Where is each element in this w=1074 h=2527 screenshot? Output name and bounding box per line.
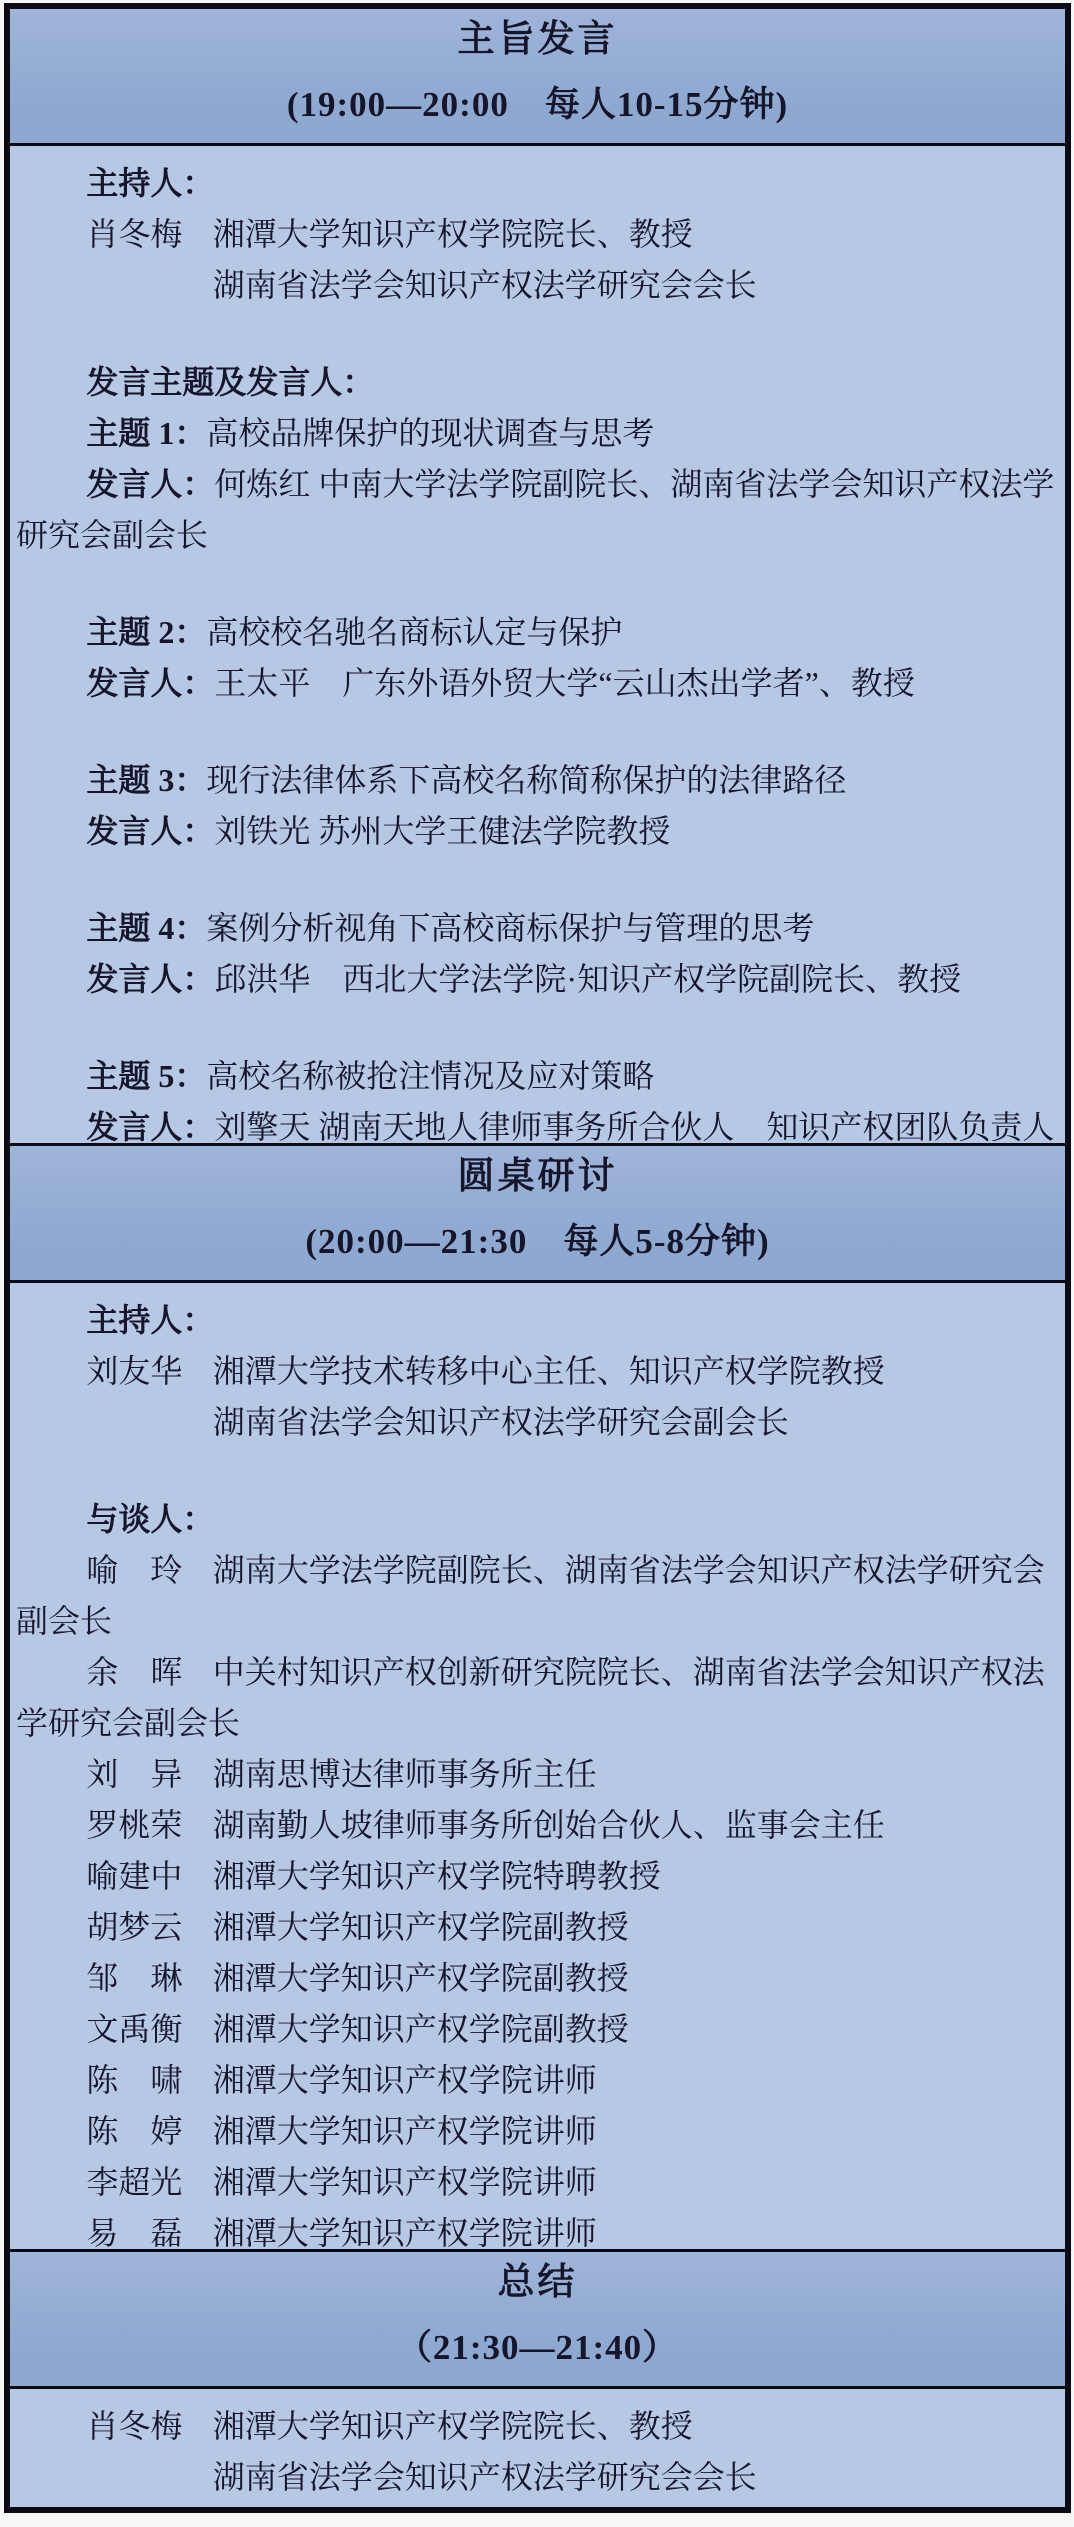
speaker-label: 发言人： <box>86 1109 214 1143</box>
person-name: 刘 异 <box>86 1756 182 1792</box>
person-name: 易 磊 <box>86 2215 182 2249</box>
person-row: 李超光湘潭大学知识产权学院讲师 <box>16 2157 1057 2208</box>
person-row: 刘友华湘潭大学技术转移中心主任、知识产权学院教授 <box>16 1346 1057 1397</box>
person-title-continued: 湖南省法学会知识产权法学研究会会长 <box>213 267 757 303</box>
person-name: 喻建中 <box>86 1858 182 1894</box>
person-title: 湘潭大学知识产权学院讲师 <box>213 2062 597 2098</box>
topic-label: 主题 2： <box>86 614 206 650</box>
section-header: 圆桌研讨(20:00—21:30 每人5-8分钟) <box>10 1143 1065 1283</box>
speaker-label: 发言人： <box>86 813 214 849</box>
person-row: 余 晖中关村知识产权创新研究院院长、湖南省法学会知识产权法学研究会副会长 <box>16 1647 1057 1749</box>
speaker-text: 王太平 广东外语外贸大学“云山杰出学者”、教授 <box>214 665 914 701</box>
person-title: 湘潭大学知识产权学院院长、教授 <box>213 216 693 252</box>
section-header: 主旨发言(19:00—20:00 每人10-15分钟) <box>10 9 1065 146</box>
person-row: 胡梦云湘潭大学知识产权学院副教授 <box>16 1902 1057 1953</box>
cont-row: 湖南省法学会知识产权法学研究会会长 <box>16 260 1057 311</box>
section-title: 圆桌研讨 <box>10 1154 1065 1200</box>
person-name: 邹 琳 <box>86 1960 182 1996</box>
person-row: 邹 琳湘潭大学知识产权学院副教授 <box>16 1953 1057 2004</box>
speaker-row: 发言人：刘铁光 苏州大学王健法学院教授 <box>16 806 1057 857</box>
speaker-label: 发言人： <box>86 466 214 502</box>
topic-row: 主题 3：现行法律体系下高校名称简称保护的法律路径 <box>16 755 1057 806</box>
person-title: 湖南勤人坡律师事务所创始合伙人、监事会主任 <box>213 1807 885 1843</box>
speaker-text: 刘擎天 湖南天地人律师事务所合伙人 知识产权团队负责人 <box>214 1109 1054 1143</box>
section-body: 主持人：肖冬梅湘潭大学知识产权学院院长、教授湖南省法学会知识产权法学研究会会长发… <box>10 146 1065 1143</box>
speaker-row: 发言人：王太平 广东外语外贸大学“云山杰出学者”、教授 <box>16 658 1057 709</box>
person-row: 肖冬梅湘潭大学知识产权学院院长、教授 <box>16 209 1057 260</box>
person-row: 喻建中湘潭大学知识产权学院特聘教授 <box>16 1851 1057 1902</box>
person-title: 湘潭大学技术转移中心主任、知识产权学院教授 <box>213 1353 885 1389</box>
cont-row: 湖南省法学会知识产权法学研究会会长 <box>16 2452 1057 2503</box>
speaker-label: 发言人： <box>86 961 214 997</box>
topic-label: 主题 3： <box>86 762 206 798</box>
person-name: 刘友华 <box>86 1353 182 1389</box>
topic-text: 高校校名驰名商标认定与保护 <box>206 614 622 650</box>
person-name: 陈 啸 <box>86 2062 182 2098</box>
person-name: 胡梦云 <box>86 1909 182 1945</box>
cont-row: 湖南省法学会知识产权法学研究会副会长 <box>16 1397 1057 1448</box>
topic-text: 高校品牌保护的现状调查与思考 <box>206 415 654 451</box>
section-time: （21:30—21:40） <box>10 2326 1065 2370</box>
label-row: 主持人： <box>16 158 1057 209</box>
agenda-table: 主旨发言(19:00—20:00 每人10-15分钟)主持人：肖冬梅湘潭大学知识… <box>4 3 1071 2513</box>
person-title: 湘潭大学知识产权学院院长、教授 <box>213 2408 693 2444</box>
topic-text: 案例分析视角下高校商标保护与管理的思考 <box>206 910 814 946</box>
person-row: 喻 玲湖南大学法学院副院长、湖南省法学会知识产权法学研究会副会长 <box>16 1545 1057 1647</box>
topic-row: 主题 1：高校品牌保护的现状调查与思考 <box>16 408 1057 459</box>
section-title: 主旨发言 <box>10 17 1065 63</box>
agenda-page: 主旨发言(19:00—20:00 每人10-15分钟)主持人：肖冬梅湘潭大学知识… <box>0 0 1074 2527</box>
person-name: 喻 玲 <box>86 1552 182 1588</box>
topic-label: 主题 5： <box>86 1058 206 1094</box>
topic-row: 主题 4：案例分析视角下高校商标保护与管理的思考 <box>16 903 1057 954</box>
speaker-row: 发言人：何炼红 中南大学法学院副院长、湖南省法学会知识产权法学研究会副会长 <box>16 459 1057 561</box>
role-label: 主持人： <box>86 1302 214 1338</box>
person-title: 湖南思博达律师事务所主任 <box>213 1756 597 1792</box>
person-row: 陈 啸湘潭大学知识产权学院讲师 <box>16 2055 1057 2106</box>
label-row: 发言主题及发言人： <box>16 357 1057 408</box>
person-name: 文禹衡 <box>86 2011 182 2047</box>
person-name: 肖冬梅 <box>86 2408 182 2444</box>
person-name: 余 晖 <box>86 1654 182 1690</box>
topic-text: 现行法律体系下高校名称简称保护的法律路径 <box>206 762 846 798</box>
person-title: 湘潭大学知识产权学院副教授 <box>213 1909 629 1945</box>
label-row: 与谈人： <box>16 1494 1057 1545</box>
person-name: 罗桃荣 <box>86 1807 182 1843</box>
person-row: 陈 婷湘潭大学知识产权学院讲师 <box>16 2106 1057 2157</box>
speaker-text: 刘铁光 苏州大学王健法学院教授 <box>214 813 670 849</box>
person-row: 罗桃荣湖南勤人坡律师事务所创始合伙人、监事会主任 <box>16 1800 1057 1851</box>
person-title: 湘潭大学知识产权学院特聘教授 <box>213 1858 661 1894</box>
section-time: (20:00—21:30 每人5-8分钟) <box>10 1220 1065 1264</box>
topic-text: 高校名称被抢注情况及应对策略 <box>206 1058 654 1094</box>
section-title: 总结 <box>10 2260 1065 2306</box>
topic-row: 主题 5：高校名称被抢注情况及应对策略 <box>16 1051 1057 1102</box>
speaker-row: 发言人：邱洪华 西北大学法学院·知识产权学院副院长、教授 <box>16 954 1057 1005</box>
speaker-text: 邱洪华 西北大学法学院·知识产权学院副院长、教授 <box>214 961 961 997</box>
person-row: 文禹衡湘潭大学知识产权学院副教授 <box>16 2004 1057 2055</box>
topic-row: 主题 2：高校校名驰名商标认定与保护 <box>16 607 1057 658</box>
topic-label: 主题 4： <box>86 910 206 946</box>
person-name: 肖冬梅 <box>86 216 182 252</box>
section-header: 总结（21:30—21:40） <box>10 2249 1065 2389</box>
person-title-continued: 湖南省法学会知识产权法学研究会会长 <box>213 2459 757 2495</box>
person-title: 湘潭大学知识产权学院副教授 <box>213 1960 629 1996</box>
person-title: 湘潭大学知识产权学院副教授 <box>213 2011 629 2047</box>
person-name: 陈 婷 <box>86 2113 182 2149</box>
person-name: 李超光 <box>86 2164 182 2200</box>
section-body: 主持人：刘友华湘潭大学技术转移中心主任、知识产权学院教授湖南省法学会知识产权法学… <box>10 1283 1065 2249</box>
role-label: 发言主题及发言人： <box>86 364 374 400</box>
speaker-row: 发言人：刘擎天 湖南天地人律师事务所合伙人 知识产权团队负责人 <box>16 1102 1057 1143</box>
person-title: 湘潭大学知识产权学院讲师 <box>213 2164 597 2200</box>
speaker-label: 发言人： <box>86 665 214 701</box>
section-time: (19:00—20:00 每人10-15分钟) <box>10 83 1065 127</box>
person-row: 易 磊湘潭大学知识产权学院讲师 <box>16 2208 1057 2249</box>
topic-label: 主题 1： <box>86 415 206 451</box>
person-title: 湘潭大学知识产权学院讲师 <box>213 2113 597 2149</box>
person-title-continued: 湖南省法学会知识产权法学研究会副会长 <box>213 1404 789 1440</box>
role-label: 主持人： <box>86 165 214 201</box>
person-row: 肖冬梅湘潭大学知识产权学院院长、教授 <box>16 2401 1057 2452</box>
section-body: 肖冬梅湘潭大学知识产权学院院长、教授湖南省法学会知识产权法学研究会会长 <box>10 2389 1065 2507</box>
role-label: 与谈人： <box>86 1501 214 1537</box>
person-row: 刘 异湖南思博达律师事务所主任 <box>16 1749 1057 1800</box>
label-row: 主持人： <box>16 1295 1057 1346</box>
person-title: 湘潭大学知识产权学院讲师 <box>213 2215 597 2249</box>
